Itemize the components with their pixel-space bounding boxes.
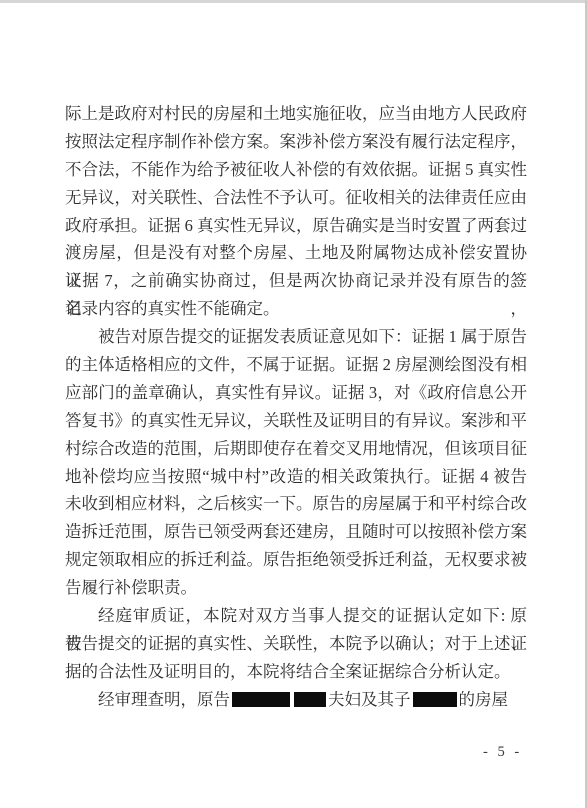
paragraph: 经庭审质证，本院对双方当事人提交的证据认定如下: 原告、被告提交的证据的真实性、… [65, 602, 527, 686]
text-line: 据的合法性及证明目的，本院将结合全案证据综合分析认定。 [65, 658, 527, 686]
page-number: - 5 - [483, 744, 522, 761]
paragraph: 际上是政府对村民的房屋和土地实施征收，应当由地方人民政府按照法定程序制作补偿方案… [65, 100, 527, 323]
text-line: 际上是政府对村民的房屋和土地实施征收，应当由地方人民政府 [65, 100, 527, 128]
text-line: 政府承担。证据 6 真实性无异议，原告确实是当时安置了两套过 [65, 212, 527, 240]
text-segment: 夫妇及其子 [328, 690, 411, 709]
scan-top-edge [0, 0, 587, 3]
text-line: 地补偿均应当按照“城中村”改造的相关政策执行。证据 4 被告 [65, 463, 527, 491]
scanned-court-document-page: 际上是政府对村民的房屋和土地实施征收，应当由地方人民政府按照法定程序制作补偿方案… [0, 0, 587, 808]
text-line: 告履行补偿职责。 [65, 574, 527, 602]
document-body: 际上是政府对村民的房屋和土地实施征收，应当由地方人民政府按照法定程序制作补偿方案… [65, 100, 527, 714]
text-line: 无异议，对关联性、合法性不予认可。征收相关的法律责任应由 [65, 184, 527, 212]
text-line: 造拆迁范围，原告已领受两套还建房，且随时可以按照补偿方案 [65, 518, 527, 546]
redaction-mark [413, 692, 457, 707]
text-line: 不合法，不能作为给予被征收人补偿的有效依据。证据 5 真实性 [65, 156, 527, 184]
paragraph: 被告对原告提交的证据发表质证意见如下：证据 1 属于原告的主体适格相应的文件，不… [65, 323, 527, 602]
redaction-mark [294, 692, 326, 707]
text-line: 证据 7，之前确实协商过，但是两次协商记录并没有原告的签名， [65, 267, 527, 295]
text-line: 被告对原告提交的证据发表质证意见如下：证据 1 属于原告 [65, 323, 527, 351]
text-segment: 经审理查明，原告 [98, 690, 230, 709]
redaction-mark [232, 692, 290, 707]
text-line: 规定领取相应的拆迁利益。原告拒绝领受拆迁利益，无权要求被 [65, 546, 527, 574]
text-line: 按照法定程序制作补偿方案。案涉补偿方案没有履行法定程序， [65, 128, 527, 156]
text-line: 经审理查明，原告夫妇及其子的房屋 [65, 686, 527, 714]
text-line: 应部门的盖章确认，真实性有异议。证据 3，对《政府信息公开 [65, 379, 527, 407]
text-line: 答复书》的真实性无异议，关联性及证明目的有异议。案涉和平 [65, 407, 527, 435]
text-line: 的主体适格相应的文件，不属于证据。证据 2 房屋测绘图没有相 [65, 351, 527, 379]
text-line: 被告提交的证据的真实性、关联性，本院予以确认；对于上述证 [65, 630, 527, 658]
text-segment: 的房屋 [459, 690, 509, 709]
text-line: 未收到相应材料，之后核实一下。原告的房屋属于和平村综合改 [65, 490, 527, 518]
text-line: 村综合改造的范围，后期即使存在着交叉用地情况，但该项目征 [65, 435, 527, 463]
text-line: 渡房屋，但是没有对整个房屋、土地及附属物达成补偿安置协议。 [65, 239, 527, 267]
text-line: 经庭审质证，本院对双方当事人提交的证据认定如下: 原告、 [65, 602, 527, 630]
paragraph: 经审理查明，原告夫妇及其子的房屋 [65, 686, 527, 714]
